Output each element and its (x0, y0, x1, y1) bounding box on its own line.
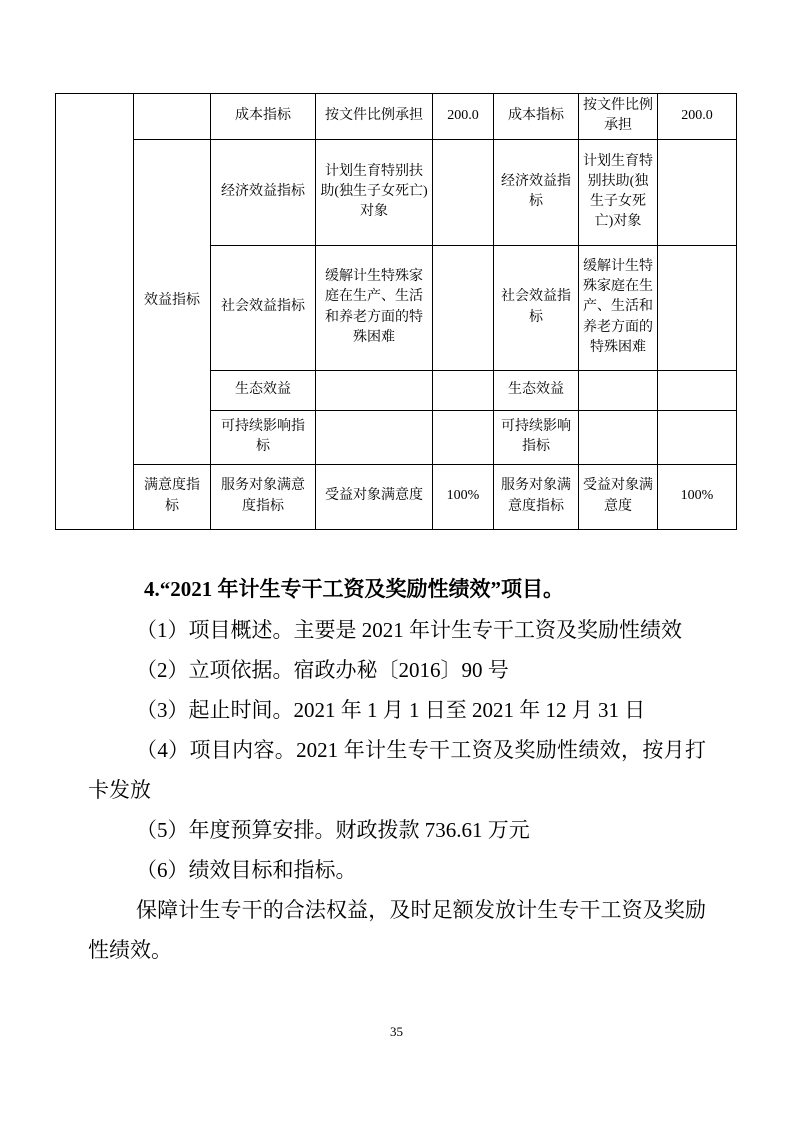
table-cell-group-empty (134, 94, 211, 140)
table-cell-indicator-target: 按文件比例承担 (316, 94, 433, 140)
table-cell-indicator-name: 可持续影响指标 (211, 410, 316, 464)
page-number: 35 (0, 1024, 793, 1040)
table-cell-indicator-value (658, 370, 737, 410)
table-cell-benefit-group: 效益指标 (134, 139, 211, 464)
table-row: 效益指标 经济效益指标 计划生育特别扶助(独生子女死亡)对象 经济效益指标 计划… (56, 139, 737, 245)
table-cell-indicator-value (433, 370, 494, 410)
table-cell-indicator-name: 服务对象满意度指标 (211, 464, 316, 529)
table-cell-indicator-value: 100% (433, 464, 494, 529)
table-cell-indicator-name: 服务对象满意度指标 (494, 464, 579, 529)
table-cell-indicator-value (433, 139, 494, 245)
table-cell-indicator-target: 计划生育特别扶助(独生子女死亡)对象 (316, 139, 433, 245)
table-cell-indicator-value (433, 410, 494, 464)
table-cell-indicator-value (658, 245, 737, 370)
table-cell-indicator-target (316, 370, 433, 410)
paragraph-budget: （5）年度预算安排。财政拨款 736.61 万元 (88, 810, 706, 850)
table-cell-indicator-target: 受益对象满意度 (316, 464, 433, 529)
table-cell-left-spanner (56, 94, 134, 530)
paragraph-goals: （6）绩效目标和指标。 (88, 850, 706, 890)
paragraph-basis: （2）立项依据。宿政办秘〔2016〕90 号 (88, 650, 706, 690)
table-cell-indicator-name: 经济效益指标 (211, 139, 316, 245)
table-cell-indicator-name: 可持续影响指标 (494, 410, 579, 464)
table-cell-indicator-name: 社会效益指标 (494, 245, 579, 370)
paragraph-overview: （1）项目概述。主要是 2021 年计生专干工资及奖励性绩效 (88, 610, 706, 650)
document-page: 成本指标 按文件比例承担 200.0 成本指标 按文件比例承担 200.0 效益… (0, 0, 793, 1122)
table-row: 满意度指标 服务对象满意度指标 受益对象满意度 100% 服务对象满意度指标 受… (56, 464, 737, 529)
paragraph-content: （4）项目内容。2021 年计生专干工资及奖励性绩效，按月打卡发放 (88, 730, 706, 810)
table-cell-indicator-value (433, 245, 494, 370)
table-cell-satisfaction-group: 满意度指标 (134, 464, 211, 529)
table-cell-indicator-value: 200.0 (658, 94, 737, 140)
table-cell-indicator-target: 缓解计生特殊家庭在生产、生活和养老方面的特殊困难 (316, 245, 433, 370)
table-cell-indicator-name: 成本指标 (211, 94, 316, 140)
table-cell-indicator-value (658, 410, 737, 464)
table-cell-indicator-name: 生态效益 (211, 370, 316, 410)
table-cell-indicator-target: 按文件比例承担 (579, 94, 658, 140)
table-cell-indicator-name: 经济效益指标 (494, 139, 579, 245)
table-cell-indicator-name: 生态效益 (494, 370, 579, 410)
table-cell-indicator-value: 200.0 (433, 94, 494, 140)
table-cell-indicator-target (316, 410, 433, 464)
section-heading: 4.“2021 年计生专干工资及奖励性绩效”项目。 (88, 568, 706, 610)
paragraph-guarantee: 保障计生专干的合法权益，及时足额发放计生专干工资及奖励性绩效。 (88, 890, 706, 970)
table-cell-indicator-name: 成本指标 (494, 94, 579, 140)
table-cell-indicator-value: 100% (658, 464, 737, 529)
table-cell-indicator-name: 社会效益指标 (211, 245, 316, 370)
table-cell-indicator-target (579, 410, 658, 464)
table-cell-indicator-target: 受益对象满意度 (579, 464, 658, 529)
table-cell-indicator-target: 计划生育特别扶助(独生子女死亡)对象 (579, 139, 658, 245)
table-cell-indicator-target: 缓解计生特殊家庭在生产、生活和养老方面的特殊困难 (579, 245, 658, 370)
table-row: 成本指标 按文件比例承担 200.0 成本指标 按文件比例承担 200.0 (56, 94, 737, 140)
document-body: 4.“2021 年计生专干工资及奖励性绩效”项目。 （1）项目概述。主要是 20… (88, 568, 706, 970)
paragraph-timeframe: （3）起止时间。2021 年 1 月 1 日至 2021 年 12 月 31 日 (88, 690, 706, 730)
table-cell-indicator-target (579, 370, 658, 410)
table-cell-indicator-value (658, 139, 737, 245)
performance-indicator-table: 成本指标 按文件比例承担 200.0 成本指标 按文件比例承担 200.0 效益… (55, 93, 737, 530)
